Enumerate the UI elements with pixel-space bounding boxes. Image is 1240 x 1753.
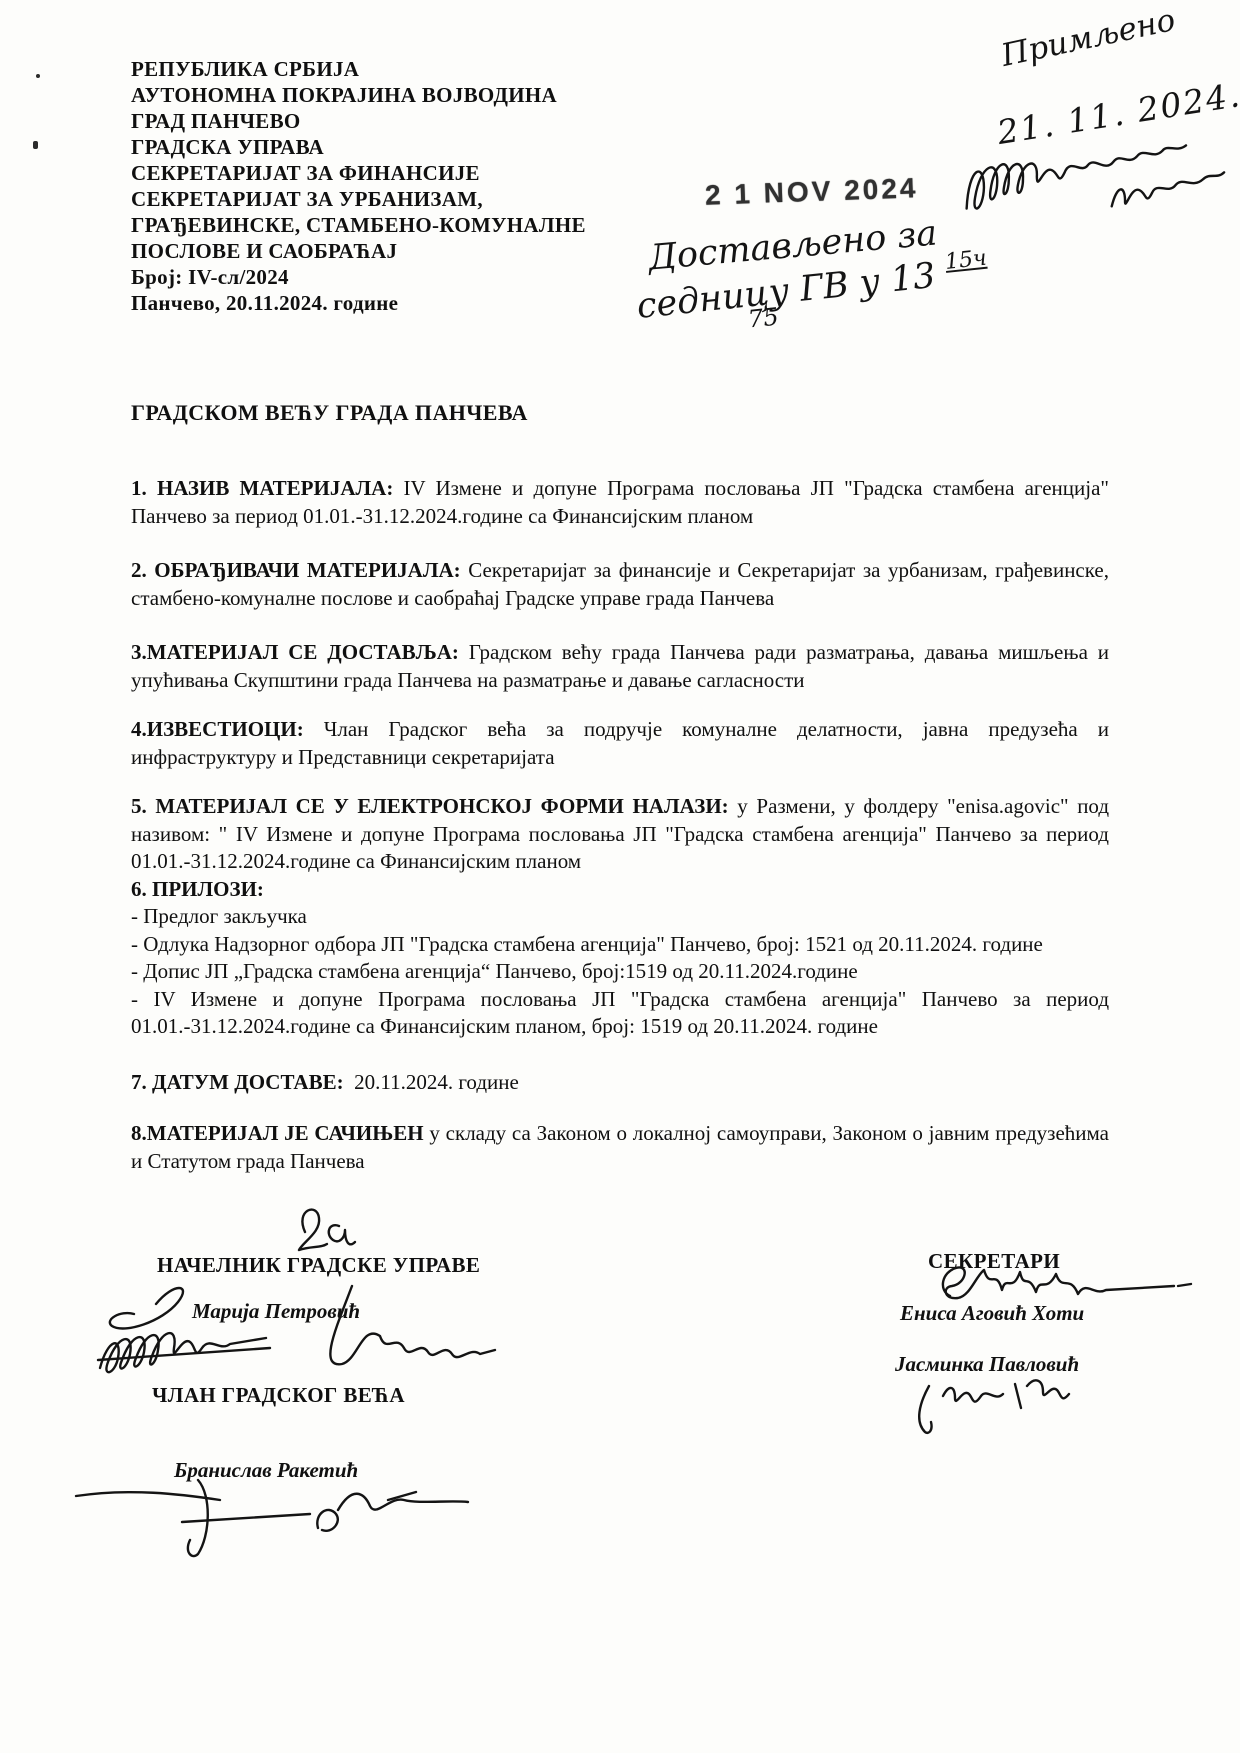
section-4: 4.ИЗВЕСТИОЦИ: Члан Градског већа за подр… — [131, 716, 1109, 771]
section-5-label: 5. МАТЕРИЈАЛ СЕ У ЕЛЕКТРОНСКОЈ ФОРМИ НАЛ… — [131, 794, 729, 818]
section-1-label: 1. НАЗИВ МАТЕРИЈАЛА: — [131, 476, 393, 500]
section-5: 5. МАТЕРИЈАЛ СЕ У ЕЛЕКТРОНСКОЈ ФОРМИ НАЛ… — [131, 793, 1109, 876]
scan-artifact-dot — [33, 141, 38, 149]
page-title: ГРАДСКОМ ВЕЋУ ГРАДА ПАНЧЕВА — [131, 400, 528, 426]
document-number: Број: IV-сл/2024 — [131, 264, 586, 290]
attachment-item: - IV Измене и допуне Програма пословања … — [131, 986, 1109, 1041]
date-stamp: 2 1 NOV 2024 — [705, 172, 919, 211]
letterhead-block: РЕПУБЛИКА СРБИЈА АУТОНОМНА ПОКРАЈИНА ВОЈ… — [131, 56, 586, 316]
branislav-signature-scrawl — [70, 1470, 475, 1565]
section-7: 7. ДАТУМ ДОСТАВЕ: 20.11.2024. године — [131, 1069, 1109, 1097]
delivery-time-superscript: 15ч — [944, 246, 988, 275]
section-2: 2. ОБРАЂИВАЧИ МАТЕРИЈАЛА: Секретаријат з… — [131, 557, 1109, 612]
header-line-city: ГРАД ПАНЧЕВО — [131, 108, 586, 134]
attachment-item: - Одлука Надзорног одбора ЈП "Градска ст… — [131, 931, 1109, 959]
signature-role-council-member: ЧЛАН ГРАДСКОГ ВЕЋА — [152, 1383, 405, 1408]
section-6-heading: 6. ПРИЛОЗИ: — [131, 876, 1109, 904]
attachment-item: - Предлог закључка — [131, 903, 1109, 931]
header-line-secretariat-finance: СЕКРЕТАРИЈАТ ЗА ФИНАНСИЈЕ — [131, 160, 586, 186]
received-handwritten-note: Примљено — [998, 2, 1178, 74]
jasminka-signature-scrawl — [903, 1374, 1075, 1444]
section-6-label: 6. ПРИЛОЗИ: — [131, 877, 264, 901]
attachments-list: - Предлог закључка - Одлука Надзорног од… — [131, 903, 1109, 1041]
section-3-label: 3.МАТЕРИЈАЛ СЕ ДОСТАВЉА: — [131, 640, 459, 664]
section-8-label: 8.МАТЕРИЈАЛ ЈЕ САЧИЊЕН — [131, 1121, 424, 1145]
header-line-republic: РЕПУБЛИКА СРБИЈА — [131, 56, 586, 82]
section-2-label: 2. ОБРАЂИВАЧИ МАТЕРИЈАЛА: — [131, 558, 461, 582]
approval-mark-scrawl — [283, 1198, 358, 1260]
header-line-secretariat-urbanism-2: ГРАЂЕВИНСКЕ, СТАМБЕНО-КОМУНАЛНЕ — [131, 212, 586, 238]
signature-role-chief: НАЧЕЛНИК ГРАДСКЕ УПРАВЕ — [157, 1253, 480, 1278]
place-and-date: Панчево, 20.11.2024. године — [131, 290, 586, 316]
section-7-text: 20.11.2024. године — [354, 1070, 519, 1094]
section-4-label: 4.ИЗВЕСТИОЦИ: — [131, 717, 304, 741]
header-line-province: АУТОНОМНА ПОКРАЈИНА ВОЈВОДИНА — [131, 82, 586, 108]
delivery-mark: 75 — [747, 302, 780, 333]
signature-name-enisa: Ениса Аговић Хоти — [900, 1301, 1084, 1326]
chief-signature-scrawl — [90, 1276, 500, 1394]
header-line-administration: ГРАДСКА УПРАВА — [131, 134, 586, 160]
scan-artifact-dot — [36, 74, 40, 78]
document-page: РЕПУБЛИКА СРБИЈА АУТОНОМНА ПОКРАЈИНА ВОЈ… — [0, 0, 1240, 1753]
header-line-secretariat-urbanism: СЕКРЕТАРИЈАТ ЗА УРБАНИЗАМ, — [131, 186, 586, 212]
section-3: 3.МАТЕРИЈАЛ СЕ ДОСТАВЉА: Градском већу г… — [131, 639, 1109, 694]
attachment-item: - Допис ЈП „Градска стамбена агенција“ П… — [131, 958, 1109, 986]
header-line-secretariat-urbanism-3: ПОСЛОВЕ И САОБРАЋАЈ — [131, 238, 586, 264]
received-signature-scrawl — [952, 109, 1240, 252]
section-1: 1. НАЗИВ МАТЕРИЈАЛА: IV Измене и допуне … — [131, 475, 1109, 530]
section-7-label: 7. ДАТУМ ДОСТАВЕ: — [131, 1070, 344, 1094]
section-8: 8.МАТЕРИЈАЛ ЈЕ САЧИЊЕН у складу са Закон… — [131, 1120, 1109, 1175]
